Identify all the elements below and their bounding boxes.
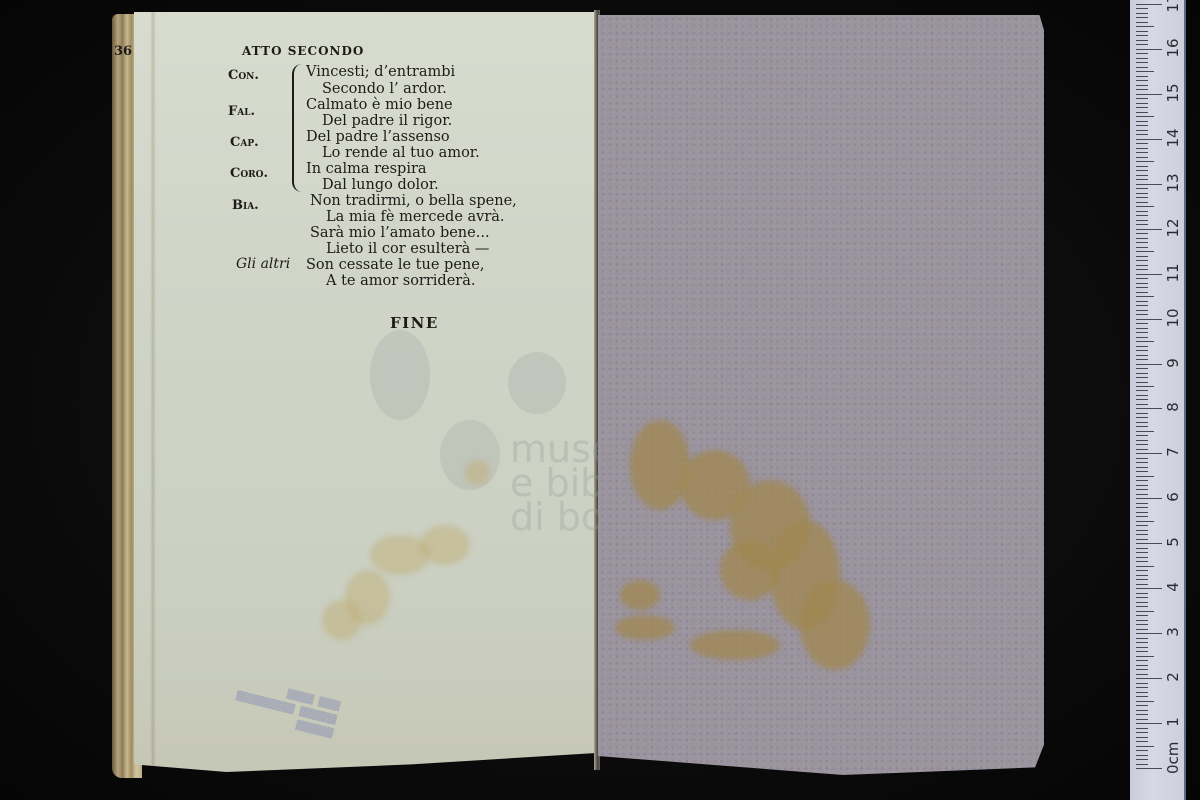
ruler-tick (1136, 584, 1148, 585)
ruler-tick (1136, 395, 1148, 396)
ruler-tick (1136, 139, 1162, 140)
ruler-tick (1136, 462, 1148, 463)
ruler-tick (1136, 507, 1148, 508)
ruler-tick (1136, 638, 1148, 639)
ruler-tick (1136, 620, 1148, 621)
ruler-tick (1136, 71, 1154, 72)
ruler-tick (1136, 161, 1154, 162)
ruler-tick (1136, 116, 1154, 117)
ruler-tick (1136, 323, 1148, 324)
ruler-tick (1136, 197, 1148, 198)
ruler-tick (1136, 94, 1162, 95)
ruler-tick (1136, 364, 1162, 365)
verse-line: Vincesti; d’entrambi (306, 64, 455, 80)
ruler-tick (1136, 692, 1148, 693)
ruler-tick (1136, 382, 1148, 383)
ruler-tick (1136, 301, 1148, 302)
ruler-tick (1136, 35, 1148, 36)
ruler-tick (1136, 359, 1148, 360)
ruler-label: 8 (1164, 392, 1182, 422)
ruler-tick (1136, 498, 1162, 499)
ruler-label: 13 (1164, 168, 1182, 198)
speaker-label: Cap. (230, 135, 259, 150)
verse-line: Lieto il cor esulterà — (326, 241, 489, 257)
ruler-tick (1136, 251, 1154, 252)
ruler-tick (1136, 764, 1148, 765)
ruler-tick (1136, 310, 1148, 311)
ruler-tick (1136, 103, 1148, 104)
ruler-tick (1136, 247, 1148, 248)
ruler-tick (1136, 85, 1148, 86)
ruler-tick (1136, 53, 1148, 54)
ruler-tick (1136, 548, 1148, 549)
ruler-tick (1136, 728, 1148, 729)
ruler-label: 4 (1164, 572, 1182, 602)
ruler-tick (1136, 566, 1154, 567)
ruler-tick (1136, 373, 1148, 374)
ruler-tick (1136, 674, 1148, 675)
ruler-tick (1136, 647, 1148, 648)
ruler-tick (1136, 597, 1148, 598)
ruler-tick (1136, 665, 1148, 666)
ruler-label: 14 (1164, 123, 1182, 153)
show-through-watermark: muse e bib di bo (510, 432, 614, 534)
ruler-tick (1136, 179, 1148, 180)
ruler-tick (1136, 89, 1148, 90)
ruler-tick (1136, 377, 1148, 378)
ruler-tick (1136, 341, 1154, 342)
verse-line: Calmato è mio bene (306, 97, 453, 113)
ruler-tick (1136, 152, 1148, 153)
ruler-tick (1136, 669, 1148, 670)
ruler-tick (1136, 710, 1148, 711)
ruler-tick (1136, 642, 1148, 643)
ruler-tick (1136, 112, 1148, 113)
open-book (112, 10, 1047, 785)
running-head: ATTO SECONDO (242, 44, 364, 58)
ruler-tick (1136, 238, 1148, 239)
ruler-tick (1136, 741, 1148, 742)
ruler-tick (1136, 220, 1148, 221)
ruler-tick (1136, 570, 1148, 571)
left-stain (370, 535, 430, 575)
ruler-tick (1136, 206, 1154, 207)
ruler-tick (1136, 516, 1148, 517)
ruler-label: 15 (1164, 78, 1182, 108)
ruler-tick (1136, 453, 1162, 454)
ruler-tick (1136, 269, 1148, 270)
ruler-tick (1136, 687, 1148, 688)
ruler-tick (1136, 314, 1148, 315)
ruler-tick (1136, 328, 1148, 329)
ruler-tick (1136, 175, 1148, 176)
ruler-tick (1136, 660, 1148, 661)
ruler-tick (1136, 350, 1148, 351)
watermark-line: di bo (510, 500, 614, 534)
ruler-tick (1136, 651, 1148, 652)
ruler-tick (1136, 287, 1148, 288)
ruler-label: 2 (1164, 662, 1182, 692)
ruler-tick (1136, 579, 1148, 580)
ruler-tick (1136, 319, 1162, 320)
ruler-tick (1136, 4, 1162, 5)
ruler-tick (1136, 166, 1148, 167)
ruler-tick (1136, 755, 1148, 756)
ruler-label: 12 (1164, 213, 1182, 243)
ruler-tick (1136, 561, 1148, 562)
ruler-tick (1136, 611, 1154, 612)
ruler-tick (1136, 76, 1148, 77)
ruler-tick (1136, 440, 1148, 441)
ruler-tick (1136, 543, 1162, 544)
ruler-tick (1136, 193, 1148, 194)
ruler-tick (1136, 256, 1148, 257)
ruler-tick (1136, 404, 1148, 405)
ruler-tick (1136, 503, 1148, 504)
ruler-tick (1136, 265, 1148, 266)
ruler-tick (1136, 134, 1148, 135)
ruler-tick (1136, 26, 1154, 27)
ruler-tick (1136, 696, 1148, 697)
ruler-tick (1136, 732, 1148, 733)
ruler-tick (1136, 494, 1148, 495)
water-stain (800, 580, 870, 670)
ruler-tick (1136, 714, 1148, 715)
ruler-tick (1136, 98, 1148, 99)
page-number: 36 (114, 44, 132, 59)
water-stain (615, 615, 675, 640)
ruler-tick (1136, 22, 1148, 23)
verse-line: Son cessate le tue pene, (306, 257, 484, 273)
ruler-tick (1136, 8, 1148, 9)
ruler-tick (1136, 737, 1148, 738)
ruler-tick (1136, 332, 1148, 333)
ruler-tick (1136, 539, 1148, 540)
ruler-tick (1136, 143, 1148, 144)
measurement-ruler: 0cm1234567891011121314151617 (1130, 0, 1186, 800)
ruler-tick (1136, 435, 1148, 436)
water-stain (690, 630, 780, 660)
ruler-tick (1136, 390, 1148, 391)
ruler-tick (1136, 525, 1148, 526)
ruler-tick (1136, 530, 1148, 531)
ruler-label: 10 (1164, 303, 1182, 333)
ruler-tick (1136, 629, 1148, 630)
ruler-label: 17 (1164, 0, 1182, 18)
verse-line: Secondo l’ ardor. (322, 81, 447, 97)
ruler-tick (1136, 701, 1154, 702)
ruler-tick (1136, 107, 1148, 108)
ruler-tick (1136, 202, 1148, 203)
ruler-tick (1136, 188, 1148, 189)
speaker-label: Fal. (228, 104, 255, 119)
left-stain (322, 600, 362, 640)
ruler-tick (1136, 683, 1148, 684)
ruler-tick (1136, 229, 1162, 230)
ruler-tick (1136, 426, 1148, 427)
speaker-label: Bia. (232, 198, 259, 213)
ruler-label: 7 (1164, 437, 1182, 467)
left-stain (465, 460, 490, 485)
ruler-tick (1136, 44, 1148, 45)
speaker-label: Con. (228, 68, 259, 83)
ruler-label: 16 (1164, 33, 1182, 63)
ruler-tick (1136, 512, 1148, 513)
ruler-tick (1136, 552, 1148, 553)
ruler-tick (1136, 624, 1148, 625)
ensemble-brace (292, 64, 304, 192)
ruler-tick (1136, 157, 1148, 158)
ruler-tick (1136, 678, 1162, 679)
ruler-tick (1136, 485, 1148, 486)
ruler-tick (1136, 476, 1154, 477)
verse-line: Sarà mio l’amato bene... (310, 225, 490, 241)
watermark-circle (370, 330, 430, 420)
ruler-tick (1136, 759, 1148, 760)
ruler-tick (1136, 274, 1162, 275)
ruler-tick (1136, 386, 1154, 387)
ruler-tick (1136, 49, 1162, 50)
ruler-tick (1136, 337, 1148, 338)
verse-line: Non tradirmi, o bella spene, (310, 193, 517, 209)
ruler-tick (1136, 575, 1148, 576)
fine-closing: FINE (390, 314, 439, 332)
water-stain (620, 580, 660, 610)
ruler-tick (1136, 557, 1148, 558)
ruler-tick (1136, 211, 1148, 212)
ruler-tick (1136, 292, 1148, 293)
ruler-label: 1 (1164, 707, 1182, 737)
ruler-tick (1136, 534, 1148, 535)
ruler-tick (1136, 458, 1148, 459)
ruler-tick (1136, 449, 1148, 450)
ruler-tick (1136, 242, 1148, 243)
ruler-tick (1136, 408, 1162, 409)
ruler-tick (1136, 413, 1148, 414)
ruler-tick (1136, 431, 1154, 432)
ruler-label: 6 (1164, 482, 1182, 512)
ruler-tick (1136, 260, 1148, 261)
speaker-label: Coro. (230, 166, 268, 181)
ruler-tick (1136, 121, 1148, 122)
ruler-tick (1136, 148, 1148, 149)
ruler-tick (1136, 719, 1148, 720)
ruler-label: 11 (1164, 258, 1182, 288)
ruler-label: 9 (1164, 348, 1182, 378)
ruler-tick (1136, 768, 1162, 769)
ruler-tick (1136, 602, 1148, 603)
ruler-tick (1136, 399, 1148, 400)
ruler-tick (1136, 368, 1148, 369)
ruler-tick (1136, 489, 1148, 490)
ruler-tick (1136, 615, 1148, 616)
ruler-tick (1136, 296, 1154, 297)
ruler-tick (1136, 170, 1148, 171)
ruler-tick (1136, 215, 1148, 216)
ruler-tick (1136, 588, 1162, 589)
ruler-tick (1136, 750, 1148, 751)
verse-line: Del padre il rigor. (322, 113, 452, 129)
water-stain (720, 540, 780, 600)
ruler-tick (1136, 417, 1148, 418)
ruler-tick (1136, 606, 1148, 607)
ruler-tick (1136, 633, 1162, 634)
ruler-label: 3 (1164, 617, 1182, 647)
ruler-tick (1136, 130, 1148, 131)
ruler-tick (1136, 593, 1148, 594)
ruler-tick (1136, 283, 1148, 284)
ruler-tick (1136, 305, 1148, 306)
ruler-tick (1136, 13, 1148, 14)
ruler-tick (1136, 224, 1148, 225)
verse-line: Lo rende al tuo amor. (322, 145, 480, 161)
ruler-tick (1136, 444, 1148, 445)
verse-line: La mia fè mercede avrà. (326, 209, 505, 225)
ruler-tick (1136, 80, 1148, 81)
ruler-tick (1136, 58, 1148, 59)
ruler-label: 0cm (1164, 744, 1182, 774)
ruler-tick (1136, 656, 1154, 657)
ruler-tick (1136, 422, 1148, 423)
ruler-tick (1136, 125, 1148, 126)
watermark-circle (508, 352, 566, 414)
ruler-tick (1136, 40, 1148, 41)
ruler-tick (1136, 31, 1148, 32)
ruler-tick (1136, 471, 1148, 472)
ruler-tick (1136, 278, 1148, 279)
verse-line: Del padre l’assenso (306, 129, 450, 145)
ruler-tick (1136, 233, 1148, 234)
ruler-tick (1136, 62, 1148, 63)
verse-line: Dal lungo dolor. (322, 177, 439, 193)
speaker-label: Gli altri (236, 256, 290, 272)
ruler-tick (1136, 746, 1154, 747)
verse-line: A te amor sorriderà. (326, 273, 475, 289)
ruler-tick (1136, 184, 1162, 185)
ruler-tick (1136, 480, 1148, 481)
page-header: 36 ATTO SECONDO (114, 44, 454, 64)
ruler-tick (1136, 467, 1148, 468)
ruler-tick (1136, 521, 1154, 522)
ruler-label: 5 (1164, 527, 1182, 557)
ruler-tick (1136, 705, 1148, 706)
ruler-tick (1136, 355, 1148, 356)
ruler-tick (1136, 17, 1148, 18)
ruler-tick (1136, 346, 1148, 347)
verse-line: In calma respira (306, 161, 427, 177)
ruler-tick (1136, 67, 1148, 68)
ruler-tick (1136, 723, 1162, 724)
